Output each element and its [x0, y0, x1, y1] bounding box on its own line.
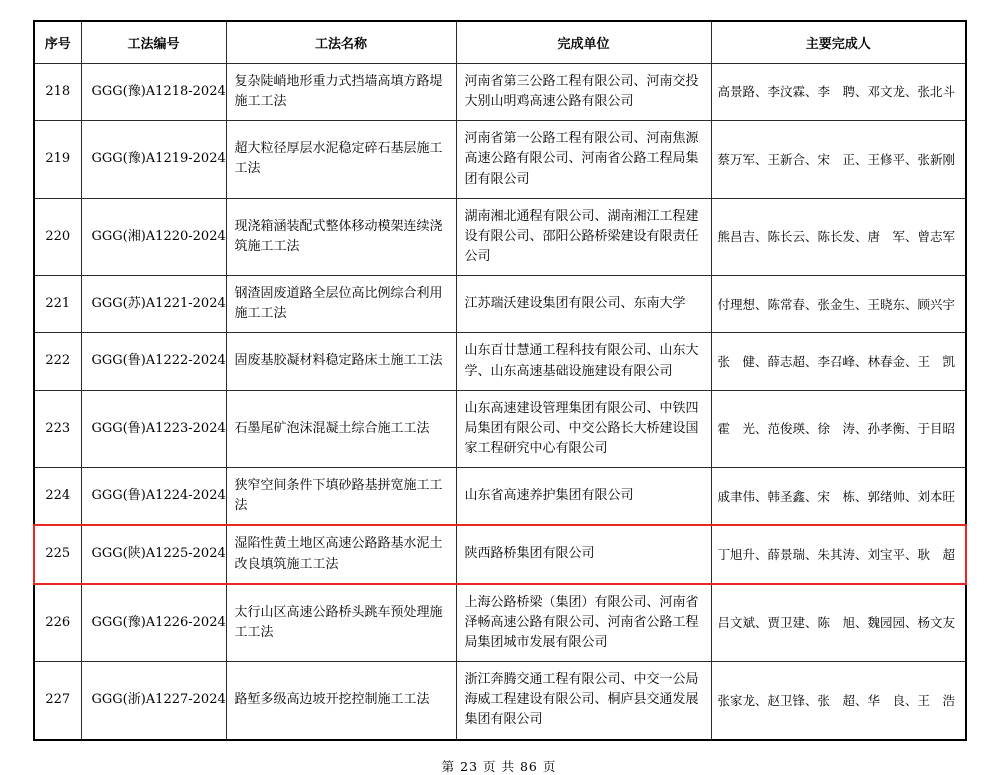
method-name-cell: 狭窄空间条件下填砂路基拼宽施工工法: [226, 468, 456, 526]
row-number-cell: 221: [34, 276, 81, 333]
row-number-cell: 222: [34, 333, 81, 390]
row-number-cell: 224: [34, 468, 81, 526]
header-row: 序号 工法编号 工法名称 完成单位 主要完成人: [34, 21, 966, 64]
table-row: 227 GGG(浙)A1227-2024 路堑多级高边坡开挖控制施工工法 浙江奔…: [34, 662, 966, 740]
row-number-cell: 223: [34, 390, 81, 467]
method-code-cell: GGG(湘)A1220-2024: [81, 198, 226, 275]
row-number-cell: 225: [34, 525, 81, 583]
completing-units-cell: 山东高速建设管理集团有限公司、中铁四局集团有限公司、中交公路长大桥建设国家工程研…: [456, 390, 711, 467]
completing-units-cell: 河南省第一公路工程有限公司、河南焦源高速公路有限公司、河南省公路工程局集团有限公…: [456, 121, 711, 198]
method-code-cell: GGG(浙)A1227-2024: [81, 662, 226, 740]
method-name-cell: 石墨尾矿泡沫混凝土综合施工工法: [226, 390, 456, 467]
main-contributors-cell: 霍 光、范俊瑛、徐 涛、孙孝衡、于目昭: [711, 390, 966, 467]
row-number-cell: 218: [34, 64, 81, 121]
method-name-cell: 钢渣固废道路全层位高比例综合利用施工工法: [226, 276, 456, 333]
method-code-cell: GGG(鲁)A1222-2024: [81, 333, 226, 390]
construction-method-table: 序号 工法编号 工法名称 完成单位 主要完成人 218 GGG(豫)A1218-…: [33, 20, 967, 741]
method-code-cell: GGG(苏)A1221-2024: [81, 276, 226, 333]
method-code-cell: GGG(陕)A1225-2024: [81, 525, 226, 583]
completing-units-cell: 陕西路桥集团有限公司: [456, 525, 711, 583]
table-row: 223 GGG(鲁)A1223-2024 石墨尾矿泡沫混凝土综合施工工法 山东高…: [34, 390, 966, 467]
method-code-cell: GGG(豫)A1218-2024: [81, 64, 226, 121]
method-name-cell: 固废基胶凝材料稳定路床土施工工法: [226, 333, 456, 390]
page-number-footer: 第 23 页 共 86 页: [33, 757, 965, 775]
column-header-code: 工法编号: [81, 21, 226, 64]
method-code-cell: GGG(豫)A1219-2024: [81, 121, 226, 198]
main-contributors-cell: 张家龙、赵卫锋、张 超、华 良、王 浩: [711, 662, 966, 740]
table-row: 220 GGG(湘)A1220-2024 现浇箱涵装配式整体移动模架连续浇筑施工…: [34, 198, 966, 275]
main-contributors-cell: 丁旭升、薛景瑞、朱其涛、刘宝平、耿 超: [711, 525, 966, 583]
method-code-cell: GGG(鲁)A1223-2024: [81, 390, 226, 467]
method-name-cell: 湿陷性黄土地区高速公路路基水泥土改良填筑施工工法: [226, 525, 456, 583]
completing-units-cell: 山东百廿慧通工程科技有限公司、山东大学、山东高速基础设施建设有限公司: [456, 333, 711, 390]
table-header: 序号 工法编号 工法名称 完成单位 主要完成人: [34, 21, 966, 64]
method-name-cell: 路堑多级高边坡开挖控制施工工法: [226, 662, 456, 740]
row-number-cell: 219: [34, 121, 81, 198]
table-row: 219 GGG(豫)A1219-2024 超大粒径厚层水泥稳定碎石基层施工工法 …: [34, 121, 966, 198]
column-header-no: 序号: [34, 21, 81, 64]
column-header-people: 主要完成人: [711, 21, 966, 64]
main-contributors-cell: 戚聿伟、韩圣鑫、宋 栋、郭绪帅、刘本旺: [711, 468, 966, 526]
main-contributors-cell: 熊昌吉、陈长云、陈长发、唐 军、曾志军: [711, 198, 966, 275]
completing-units-cell: 江苏瑞沃建设集团有限公司、东南大学: [456, 276, 711, 333]
document-page: 序号 工法编号 工法名称 完成单位 主要完成人 218 GGG(豫)A1218-…: [0, 0, 997, 650]
table-row: 221 GGG(苏)A1221-2024 钢渣固废道路全层位高比例综合利用施工工…: [34, 276, 966, 333]
method-name-cell: 复杂陡峭地形重力式挡墙高填方路堤施工工法: [226, 64, 456, 121]
main-contributors-cell: 张 健、薛志超、李召峰、林春金、王 凯: [711, 333, 966, 390]
table-body: 218 GGG(豫)A1218-2024 复杂陡峭地形重力式挡墙高填方路堤施工工…: [34, 64, 966, 740]
table-row: 222 GGG(鲁)A1222-2024 固废基胶凝材料稳定路床土施工工法 山东…: [34, 333, 966, 390]
completing-units-cell: 河南省第三公路工程有限公司、河南交投大别山明鸡高速公路有限公司: [456, 64, 711, 121]
method-code-cell: GGG(鲁)A1224-2024: [81, 468, 226, 526]
main-contributors-cell: 蔡万军、王新合、宋 正、王修平、张新刚: [711, 121, 966, 198]
row-number-cell: 227: [34, 662, 81, 740]
main-contributors-cell: 付理想、陈常春、张金生、王晓东、顾兴宇: [711, 276, 966, 333]
main-contributors-cell: 高景路、李汶霖、李 聘、邓文龙、张北斗: [711, 64, 966, 121]
completing-units-cell: 湖南湘北通程有限公司、湖南湘江工程建设有限公司、邵阳公路桥梁建设有限责任公司: [456, 198, 711, 275]
completing-units-cell: 浙江奔腾交通工程有限公司、中交一公局海威工程建设有限公司、桐庐县交通发展集团有限…: [456, 662, 711, 740]
table-row: 224 GGG(鲁)A1224-2024 狭窄空间条件下填砂路基拼宽施工工法 山…: [34, 468, 966, 526]
table-row: 225 GGG(陕)A1225-2024 湿陷性黄土地区高速公路路基水泥土改良填…: [34, 525, 966, 583]
column-header-name: 工法名称: [226, 21, 456, 64]
row-number-cell: 220: [34, 198, 81, 275]
method-name-cell: 现浇箱涵装配式整体移动模架连续浇筑施工工法: [226, 198, 456, 275]
completing-units-cell: 山东省高速养护集团有限公司: [456, 468, 711, 526]
table-row: 218 GGG(豫)A1218-2024 复杂陡峭地形重力式挡墙高填方路堤施工工…: [34, 64, 966, 121]
column-header-units: 完成单位: [456, 21, 711, 64]
method-name-cell: 超大粒径厚层水泥稳定碎石基层施工工法: [226, 121, 456, 198]
